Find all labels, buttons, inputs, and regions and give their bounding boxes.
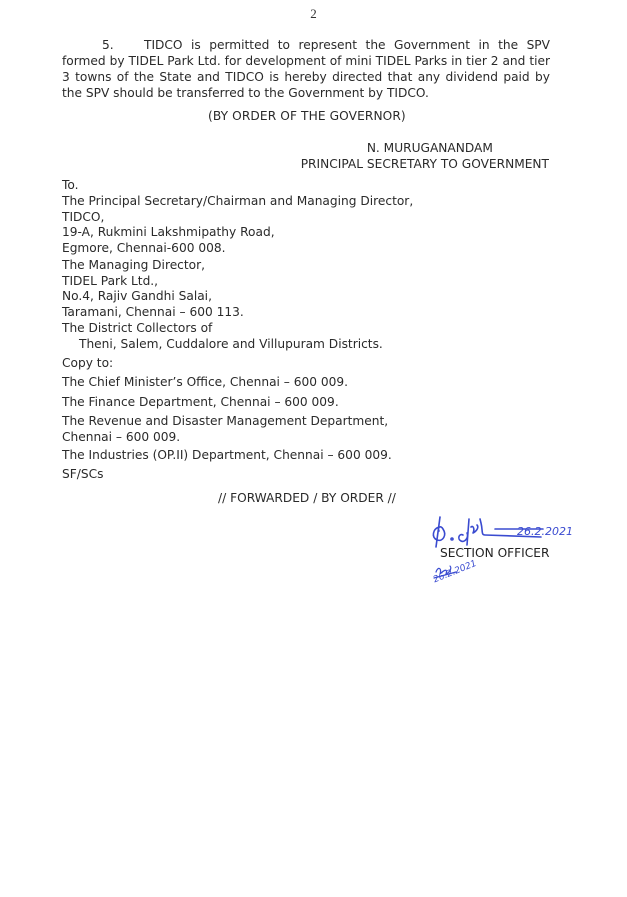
address-line: TIDEL Park Ltd., [62, 274, 244, 290]
address-line: Egmore, Chennai-600 008. [62, 241, 413, 257]
section-officer-title: SECTION OFFICER [440, 546, 549, 560]
to-label: To. [62, 178, 79, 194]
recipient-tidel-park: The Managing Director, TIDEL Park Ltd., … [62, 258, 244, 320]
address-line: The District Collectors of [62, 321, 383, 337]
copy-line: The Chief Minister’s Office, Chennai – 6… [62, 375, 348, 391]
copy-line: The Industries (OP.II) Department, Chenn… [62, 448, 392, 464]
copy-revenue-department: The Revenue and Disaster Management Depa… [62, 414, 388, 445]
copy-sf-scs: SF/SCs [62, 467, 103, 483]
address-line: TIDCO, [62, 210, 413, 226]
copy-line: Chennai – 600 009. [62, 430, 388, 446]
copy-industries-department: The Industries (OP.II) Department, Chenn… [62, 448, 392, 464]
address-line: 19-A, Rukmini Lakshmipathy Road, [62, 225, 413, 241]
address-line: Theni, Salem, Cuddalore and Villupuram D… [62, 337, 383, 353]
copy-finance-department: The Finance Department, Chennai – 600 00… [62, 395, 339, 411]
by-order-of-governor: (BY ORDER OF THE GOVERNOR) [208, 109, 406, 123]
copy-chief-ministers-office: The Chief Minister’s Office, Chennai – 6… [62, 375, 348, 391]
recipient-tidco: The Principal Secretary/Chairman and Man… [62, 194, 413, 256]
copy-to-label-text: Copy to: [62, 356, 113, 372]
address-line: No.4, Rajiv Gandhi Salai, [62, 289, 244, 305]
address-line: The Principal Secretary/Chairman and Man… [62, 194, 413, 210]
signatory-name: N. MURUGANANDAM [311, 140, 549, 156]
to-label-text: To. [62, 178, 79, 194]
signatory-designation: PRINCIPAL SECRETARY TO GOVERNMENT [301, 156, 549, 172]
recipient-district-collectors: The District Collectors of Theni, Salem,… [62, 321, 383, 352]
page-number: 2 [0, 6, 627, 22]
copy-line: The Finance Department, Chennai – 600 00… [62, 395, 339, 411]
paragraph-number: 5. [102, 37, 144, 53]
signatory-block: N. MURUGANANDAM PRINCIPAL SECRETARY TO G… [301, 140, 549, 172]
copy-to-label: Copy to: [62, 356, 113, 372]
signature-date: 26.2.2021 [517, 525, 573, 538]
forwarded-by-order: // FORWARDED / BY ORDER // [218, 491, 396, 505]
copy-line: The Revenue and Disaster Management Depa… [62, 414, 388, 430]
initial-stamp: 26.2.2021 [430, 560, 500, 600]
copy-line: SF/SCs [62, 467, 103, 483]
address-line: The Managing Director, [62, 258, 244, 274]
paragraph-5: 5.TIDCO is permitted to represent the Go… [62, 37, 550, 101]
address-line: Taramani, Chennai – 600 113. [62, 305, 244, 321]
